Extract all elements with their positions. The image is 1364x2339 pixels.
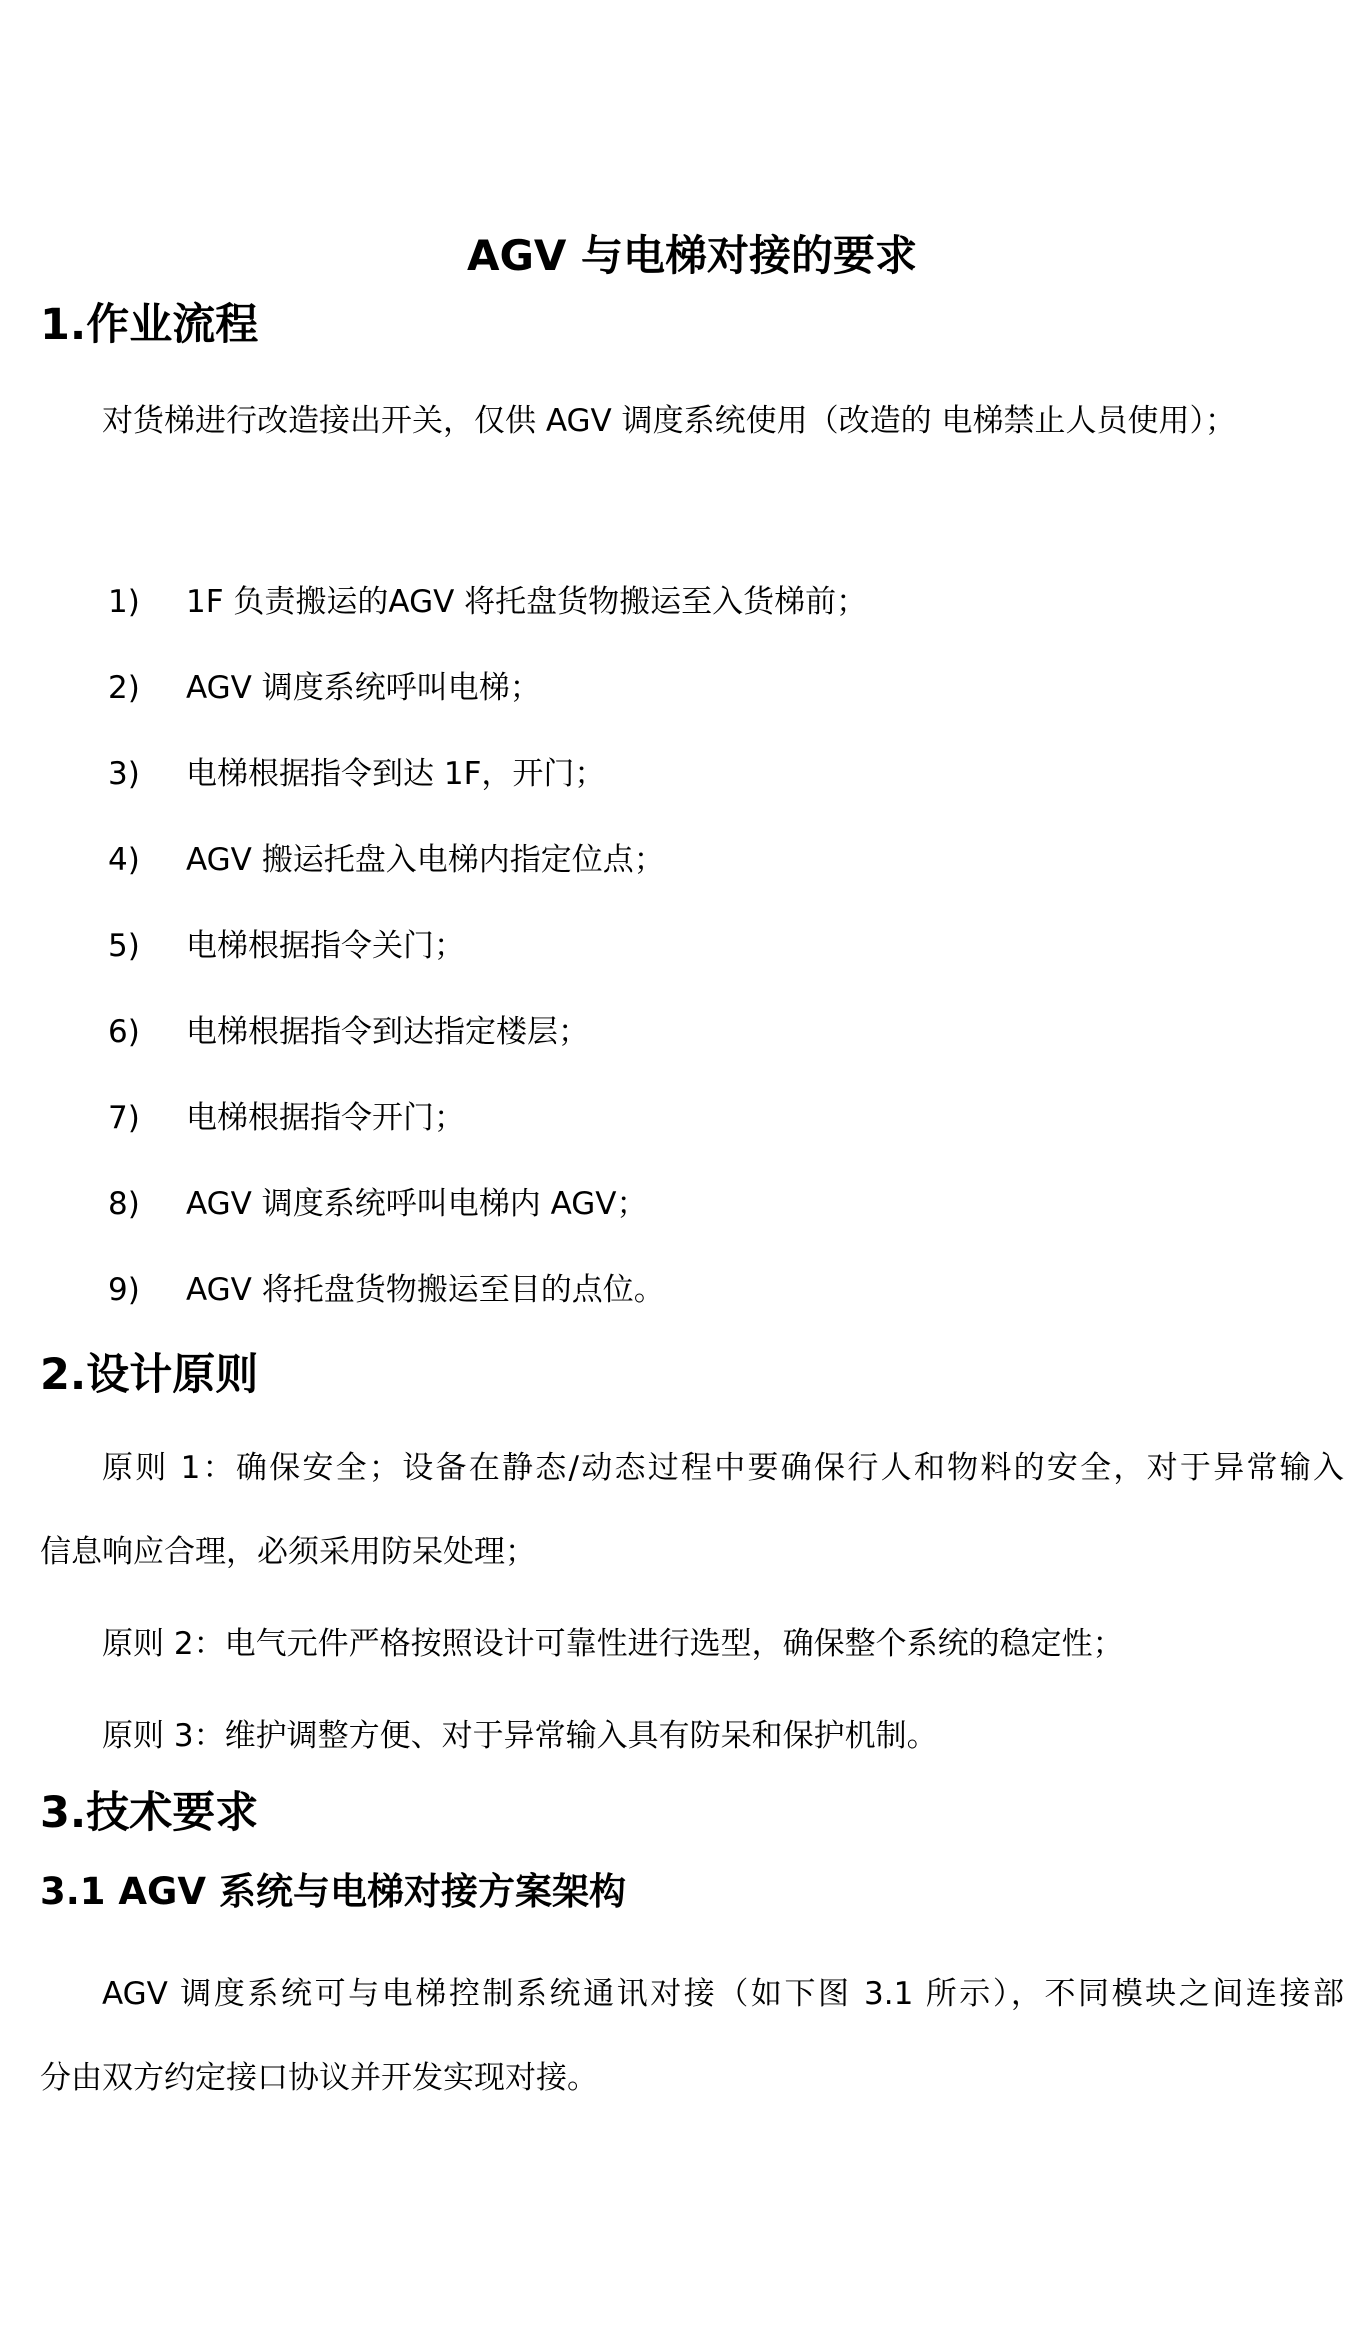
step-3-text: 电梯根据指令到达 1F，开门； bbox=[186, 752, 1344, 796]
principle-2: 原则 2：电气元件严格按照设计可靠性进行选型，确保整个系统的稳定性； bbox=[40, 1602, 1344, 1686]
process-step-9: 9) AGV 将托盘货物搬运至目的点位。 bbox=[40, 1268, 1344, 1312]
step-7-number: 7) bbox=[108, 1096, 186, 1140]
principle-1-line-2: 信息响应合理，必须采用防呆处理； bbox=[40, 1510, 1344, 1594]
process-step-1: 1) 1F 负责搬运的AGV 将托盘货物搬运至入货梯前； bbox=[40, 580, 1344, 624]
step-5-number: 5) bbox=[108, 924, 186, 968]
step-2-number: 2) bbox=[108, 666, 186, 710]
step-8-text: AGV 调度系统呼叫电梯内 AGV； bbox=[186, 1182, 1344, 1226]
section2-heading: 2.设计原则 bbox=[40, 1348, 1344, 1402]
step-5-text: 电梯根据指令关门； bbox=[186, 924, 1344, 968]
section3-1-subheading: 3.1 AGV 系统与电梯对接方案架构 bbox=[40, 1868, 1344, 1916]
step-9-text: AGV 将托盘货物搬运至目的点位。 bbox=[186, 1268, 1344, 1312]
step-2-text: AGV 调度系统呼叫电梯； bbox=[186, 666, 1344, 710]
process-step-4: 4) AGV 搬运托盘入电梯内指定位点； bbox=[40, 838, 1344, 882]
step-4-text: AGV 搬运托盘入电梯内指定位点； bbox=[186, 838, 1344, 882]
section1-heading: 1.作业流程 bbox=[40, 298, 1344, 352]
process-step-6: 6) 电梯根据指令到达指定楼层； bbox=[40, 1010, 1344, 1054]
section3-heading: 3.技术要求 bbox=[40, 1786, 1344, 1840]
section3-paragraph-line-1: AGV 调度系统可与电梯控制系统通讯对接（如下图 3.1 所示），不同模块之间连… bbox=[40, 1952, 1344, 2036]
process-step-7: 7) 电梯根据指令开门； bbox=[40, 1096, 1344, 1140]
principle-1-line-1: 原则 1：确保安全；设备在静态/动态过程中要确保行人和物料的安全，对于异常输入 bbox=[40, 1426, 1344, 1510]
step-8-number: 8) bbox=[108, 1182, 186, 1226]
process-step-8: 8) AGV 调度系统呼叫电梯内 AGV； bbox=[40, 1182, 1344, 1226]
step-1-text: 1F 负责搬运的AGV 将托盘货物搬运至入货梯前； bbox=[186, 580, 1344, 624]
process-step-5: 5) 电梯根据指令关门； bbox=[40, 924, 1344, 968]
process-step-2: 2) AGV 调度系统呼叫电梯； bbox=[40, 666, 1344, 710]
document-page: AGV 与电梯对接的要求 1.作业流程 对货梯进行改造接出开关，仅供 AGV 调… bbox=[0, 0, 1364, 2339]
step-4-number: 4) bbox=[108, 838, 186, 882]
step-6-text: 电梯根据指令到达指定楼层； bbox=[186, 1010, 1344, 1054]
process-steps-list: 1) 1F 负责搬运的AGV 将托盘货物搬运至入货梯前； 2) AGV 调度系统… bbox=[40, 580, 1344, 1312]
step-6-number: 6) bbox=[108, 1010, 186, 1054]
section3-paragraph-line-2: 分由双方约定接口协议并开发实现对接。 bbox=[40, 2036, 1344, 2120]
process-step-3: 3) 电梯根据指令到达 1F，开门； bbox=[40, 752, 1344, 796]
doc-title: AGV 与电梯对接的要求 bbox=[40, 0, 1344, 288]
step-3-number: 3) bbox=[108, 752, 186, 796]
step-7-text: 电梯根据指令开门； bbox=[186, 1096, 1344, 1140]
principle-3: 原则 3：维护调整方便、对于异常输入具有防呆和保护机制。 bbox=[40, 1694, 1344, 1778]
step-1-number: 1) bbox=[108, 580, 186, 624]
step-9-number: 9) bbox=[108, 1268, 186, 1312]
section1-intro-paragraph: 对货梯进行改造接出开关，仅供 AGV 调度系统使用（改造的 电梯禁止人员使用）； bbox=[40, 398, 1344, 444]
